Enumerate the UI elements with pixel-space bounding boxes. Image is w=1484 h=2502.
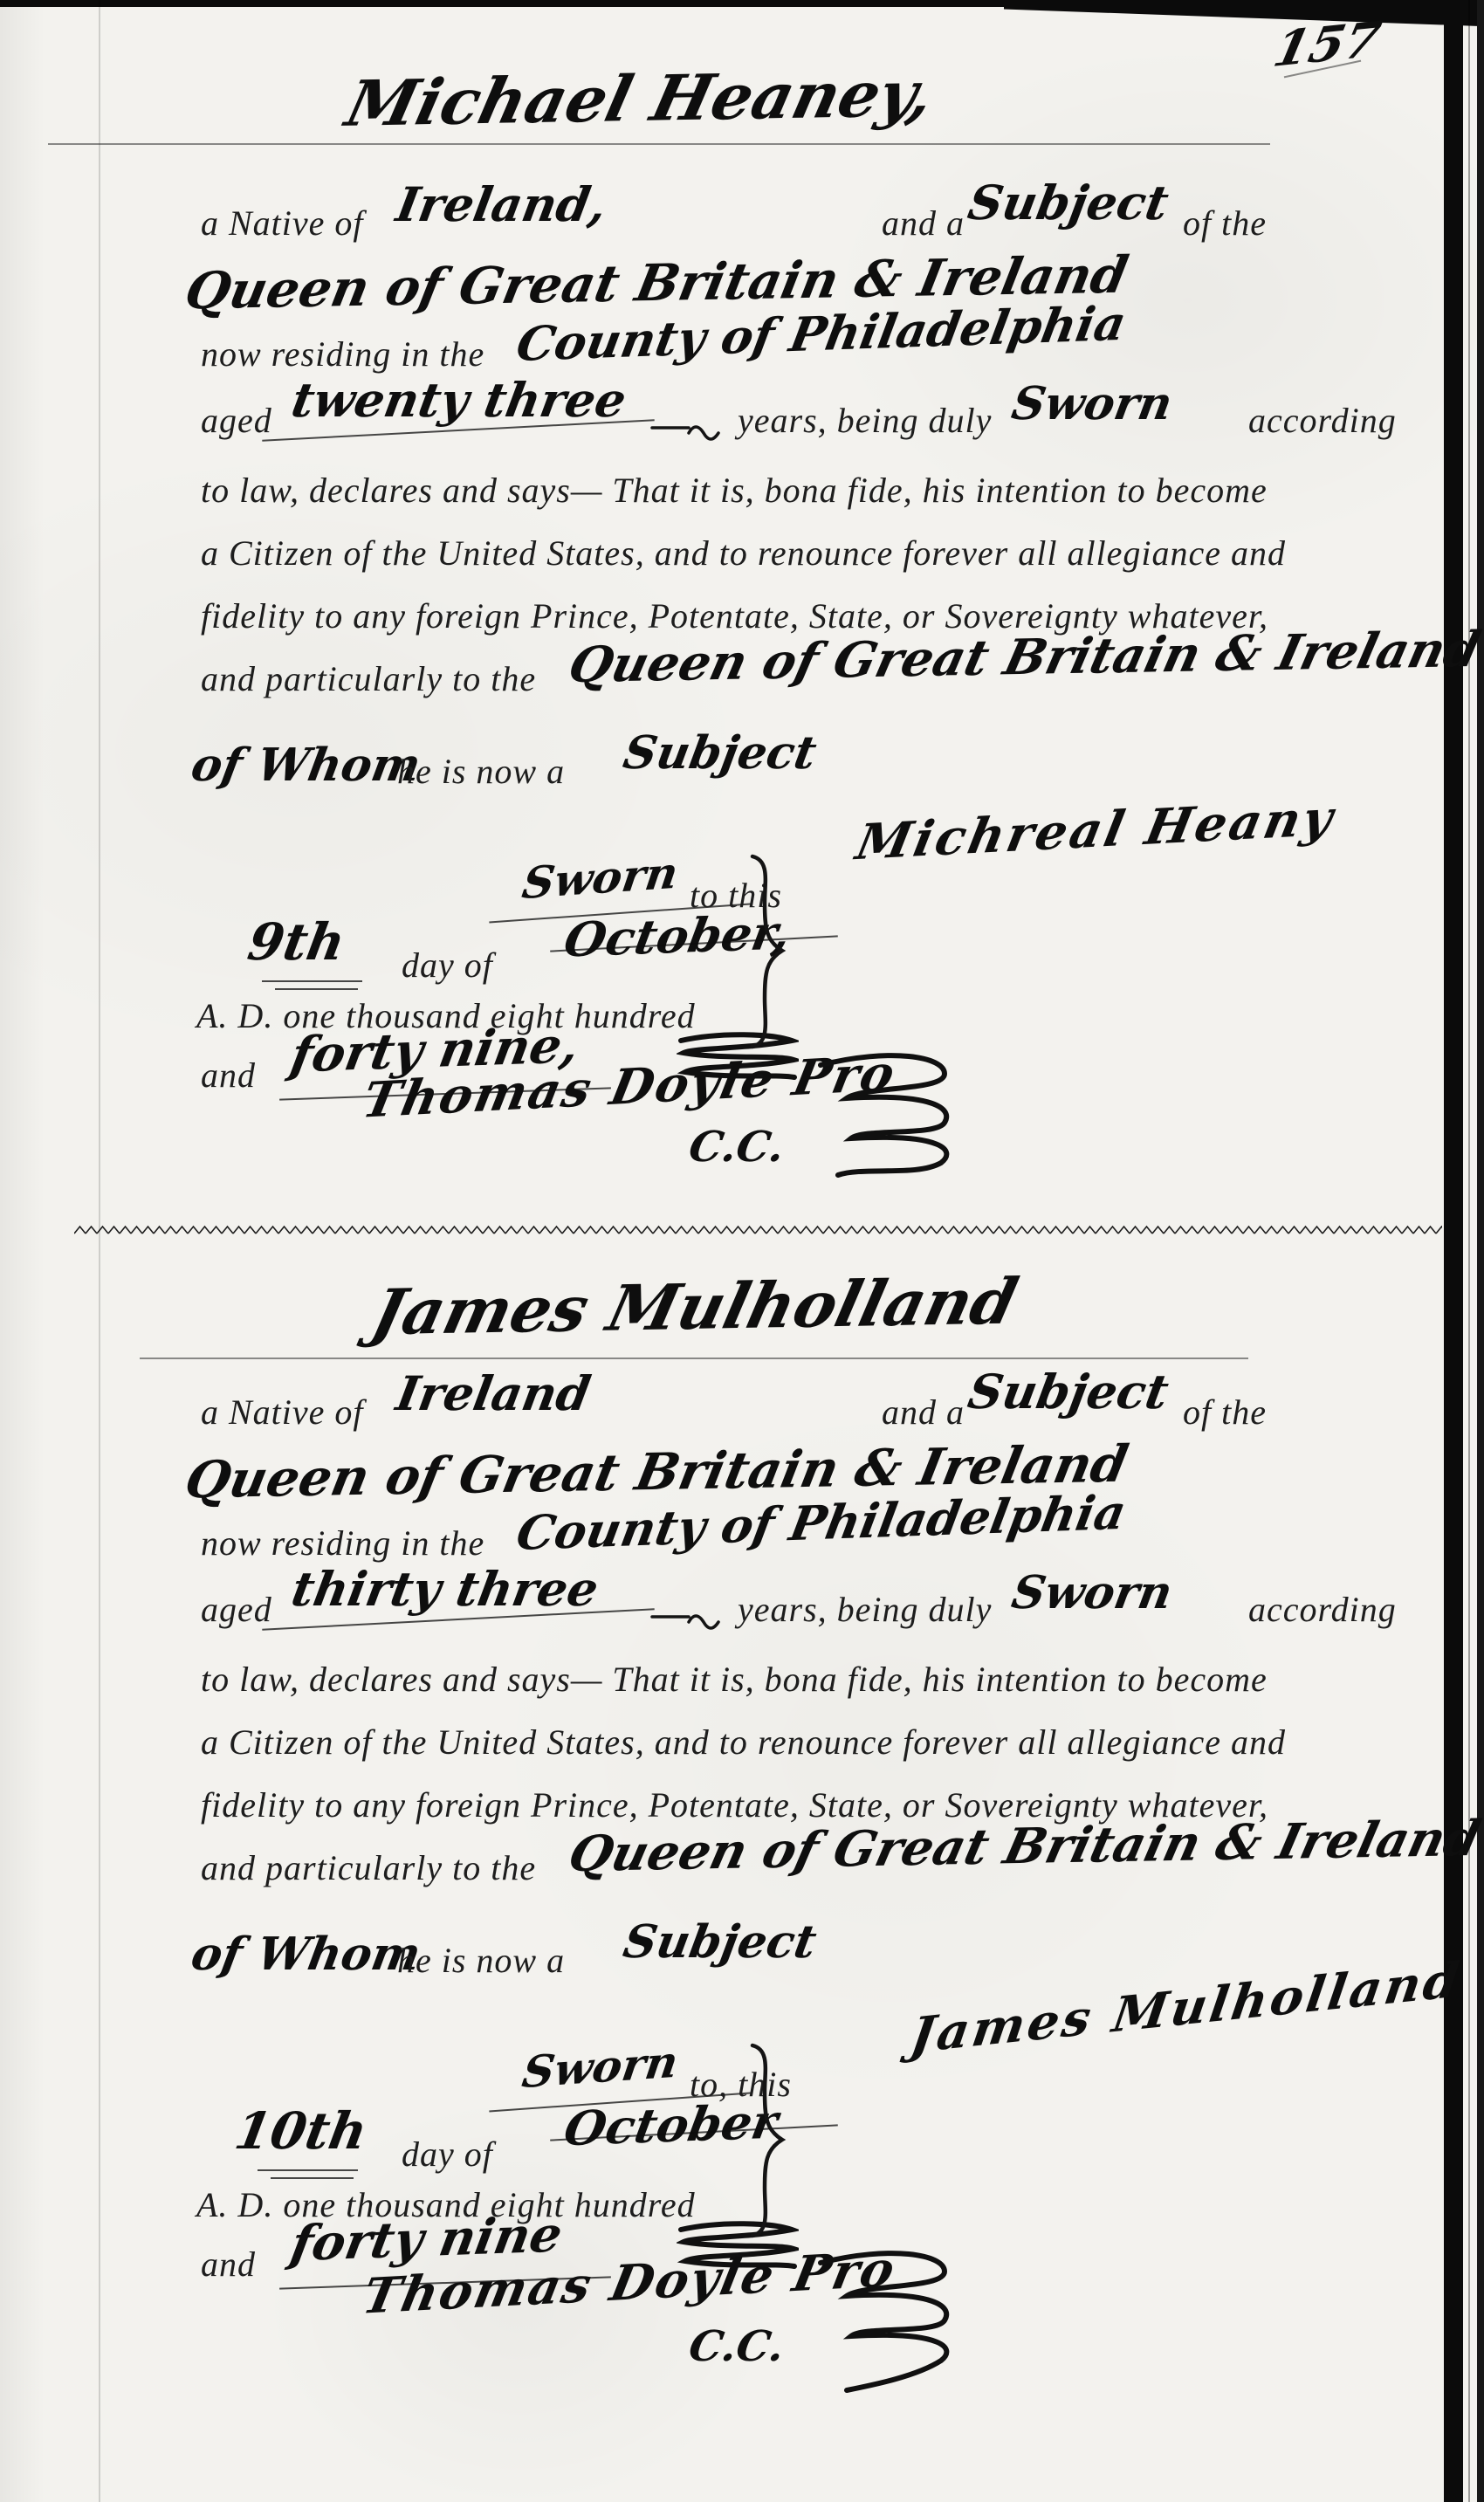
particularly-prefix: and particularly to the xyxy=(201,1847,536,1888)
clerk-flourish-icon xyxy=(812,1048,960,1179)
aged-prefix: aged xyxy=(201,400,272,441)
whom-printed: he is now a xyxy=(397,751,565,792)
residing-prefix: now residing in the xyxy=(201,333,484,375)
body-line-2: a Citizen of the United States, and to r… xyxy=(201,533,1286,574)
according-word: according xyxy=(1248,1589,1397,1630)
jurat-brace-icon xyxy=(749,854,787,1049)
jurat-and: and xyxy=(201,1055,256,1096)
zigzag-divider xyxy=(74,1224,1442,1236)
aged-suffix: years, being duly xyxy=(738,400,992,441)
jurat-sworn: Sworn xyxy=(519,847,682,909)
subject-suffix: of the xyxy=(1183,203,1267,244)
clerk-title: C.C. xyxy=(685,1123,788,1172)
record-michael-heaney: Michael Heaney, a Native of Ireland, and… xyxy=(0,52,1484,1226)
aged-entry: thirty three xyxy=(287,1561,602,1617)
body-line-1: to law, declares and says— That it is, b… xyxy=(201,1659,1268,1700)
jurat-day-entry: 9th xyxy=(244,912,349,972)
aged-entry: twenty three xyxy=(287,372,630,428)
clerk-flourish-icon xyxy=(812,2245,960,2394)
native-prefix: a Native of xyxy=(201,203,364,244)
sworn-entry: Sworn xyxy=(1008,377,1177,430)
jurat-day-underline-2 xyxy=(271,2177,354,2179)
native-country-entry: Ireland xyxy=(392,1365,594,1421)
whom-subject-entry: Subject xyxy=(620,726,821,780)
jurat-day-of: day of xyxy=(402,2134,493,2175)
subject-entry: Subject xyxy=(964,1364,1172,1419)
whom-printed: he is now a xyxy=(397,1940,565,1981)
jurat-brace-icon xyxy=(749,2043,787,2238)
record-title: James Mulholland xyxy=(366,1264,1025,1350)
according-word: according xyxy=(1248,400,1397,441)
scan-top-right-wedge xyxy=(1004,0,1480,26)
whom-subject-entry: Subject xyxy=(620,1915,821,1969)
record-title: Michael Heaney, xyxy=(340,56,941,141)
record-james-mulholland: James Mulholland a Native of Ireland and… xyxy=(0,1241,1484,2502)
declarant-signature: James Mulholland xyxy=(907,1951,1466,2065)
jurat-day-underline-1 xyxy=(262,980,362,982)
clerk-title: C.C. xyxy=(685,2322,788,2371)
whom-entry: of Whom xyxy=(188,739,425,792)
body-line-1: to law, declares and says— That it is, b… xyxy=(201,470,1268,511)
subject-prefix: and a xyxy=(882,203,965,244)
residing-prefix: now residing in the xyxy=(201,1523,484,1564)
title-baseline-rule xyxy=(48,143,1270,145)
sworn-entry: Sworn xyxy=(1008,1566,1177,1619)
body-line-2: a Citizen of the United States, and to r… xyxy=(201,1722,1286,1763)
native-prefix: a Native of xyxy=(201,1392,364,1433)
declarant-signature: Michreal Heany xyxy=(851,789,1340,871)
title-baseline-rule xyxy=(140,1358,1248,1359)
jurat-day-of: day of xyxy=(402,945,493,986)
jurat-day-underline-2 xyxy=(275,988,358,990)
aged-dash-squiggle-icon xyxy=(650,1608,729,1631)
jurat-day-underline-1 xyxy=(258,2169,358,2171)
particularly-prefix: and particularly to the xyxy=(201,658,536,699)
aged-dash-squiggle-icon xyxy=(650,419,729,442)
aged-prefix: aged xyxy=(201,1589,272,1630)
subject-prefix: and a xyxy=(882,1392,965,1433)
aged-suffix: years, being duly xyxy=(738,1589,992,1630)
subject-entry: Subject xyxy=(964,175,1172,230)
whom-entry: of Whom xyxy=(188,1928,425,1981)
jurat-sworn: Sworn xyxy=(519,2036,682,2098)
scanned-ledger-page: 157 Michael Heaney, a Native of Ireland,… xyxy=(0,0,1484,2502)
jurat-and: and xyxy=(201,2244,256,2285)
native-country-entry: Ireland, xyxy=(392,176,611,232)
subject-suffix: of the xyxy=(1183,1392,1267,1433)
jurat-day-entry: 10th xyxy=(230,2101,372,2161)
